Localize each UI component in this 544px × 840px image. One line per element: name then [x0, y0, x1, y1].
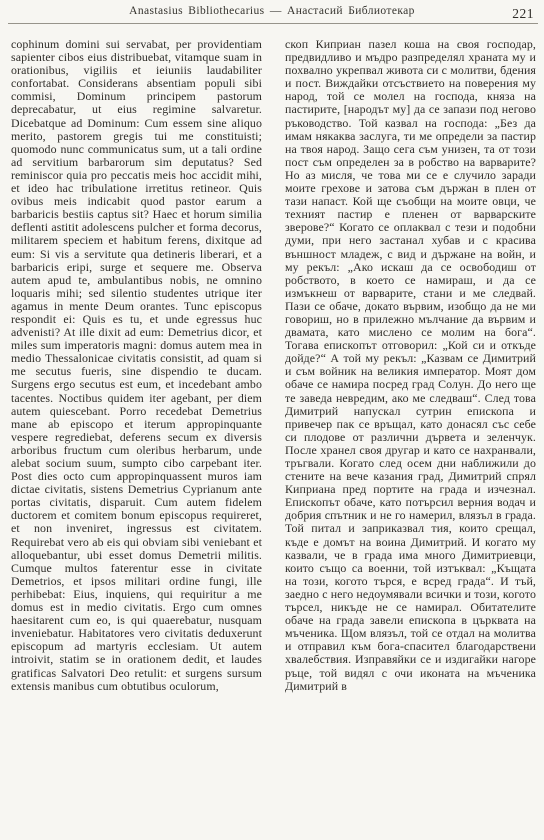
text-columns: cophinum domini sui servabat, per provid… [11, 38, 536, 825]
latin-text-column: cophinum domini sui servabat, per provid… [11, 38, 262, 825]
header-rule [8, 23, 538, 24]
page-number: 221 [512, 6, 534, 22]
page-header: Anastasius Bibliothecarius — Анастасий Б… [0, 5, 544, 23]
bulgarian-text-column: скоп Киприан пазел коша на своя господар… [285, 38, 536, 825]
book-page: Anastasius Bibliothecarius — Анастасий Б… [0, 0, 544, 840]
running-title: Anastasius Bibliothecarius — Анастасий Б… [0, 5, 544, 17]
